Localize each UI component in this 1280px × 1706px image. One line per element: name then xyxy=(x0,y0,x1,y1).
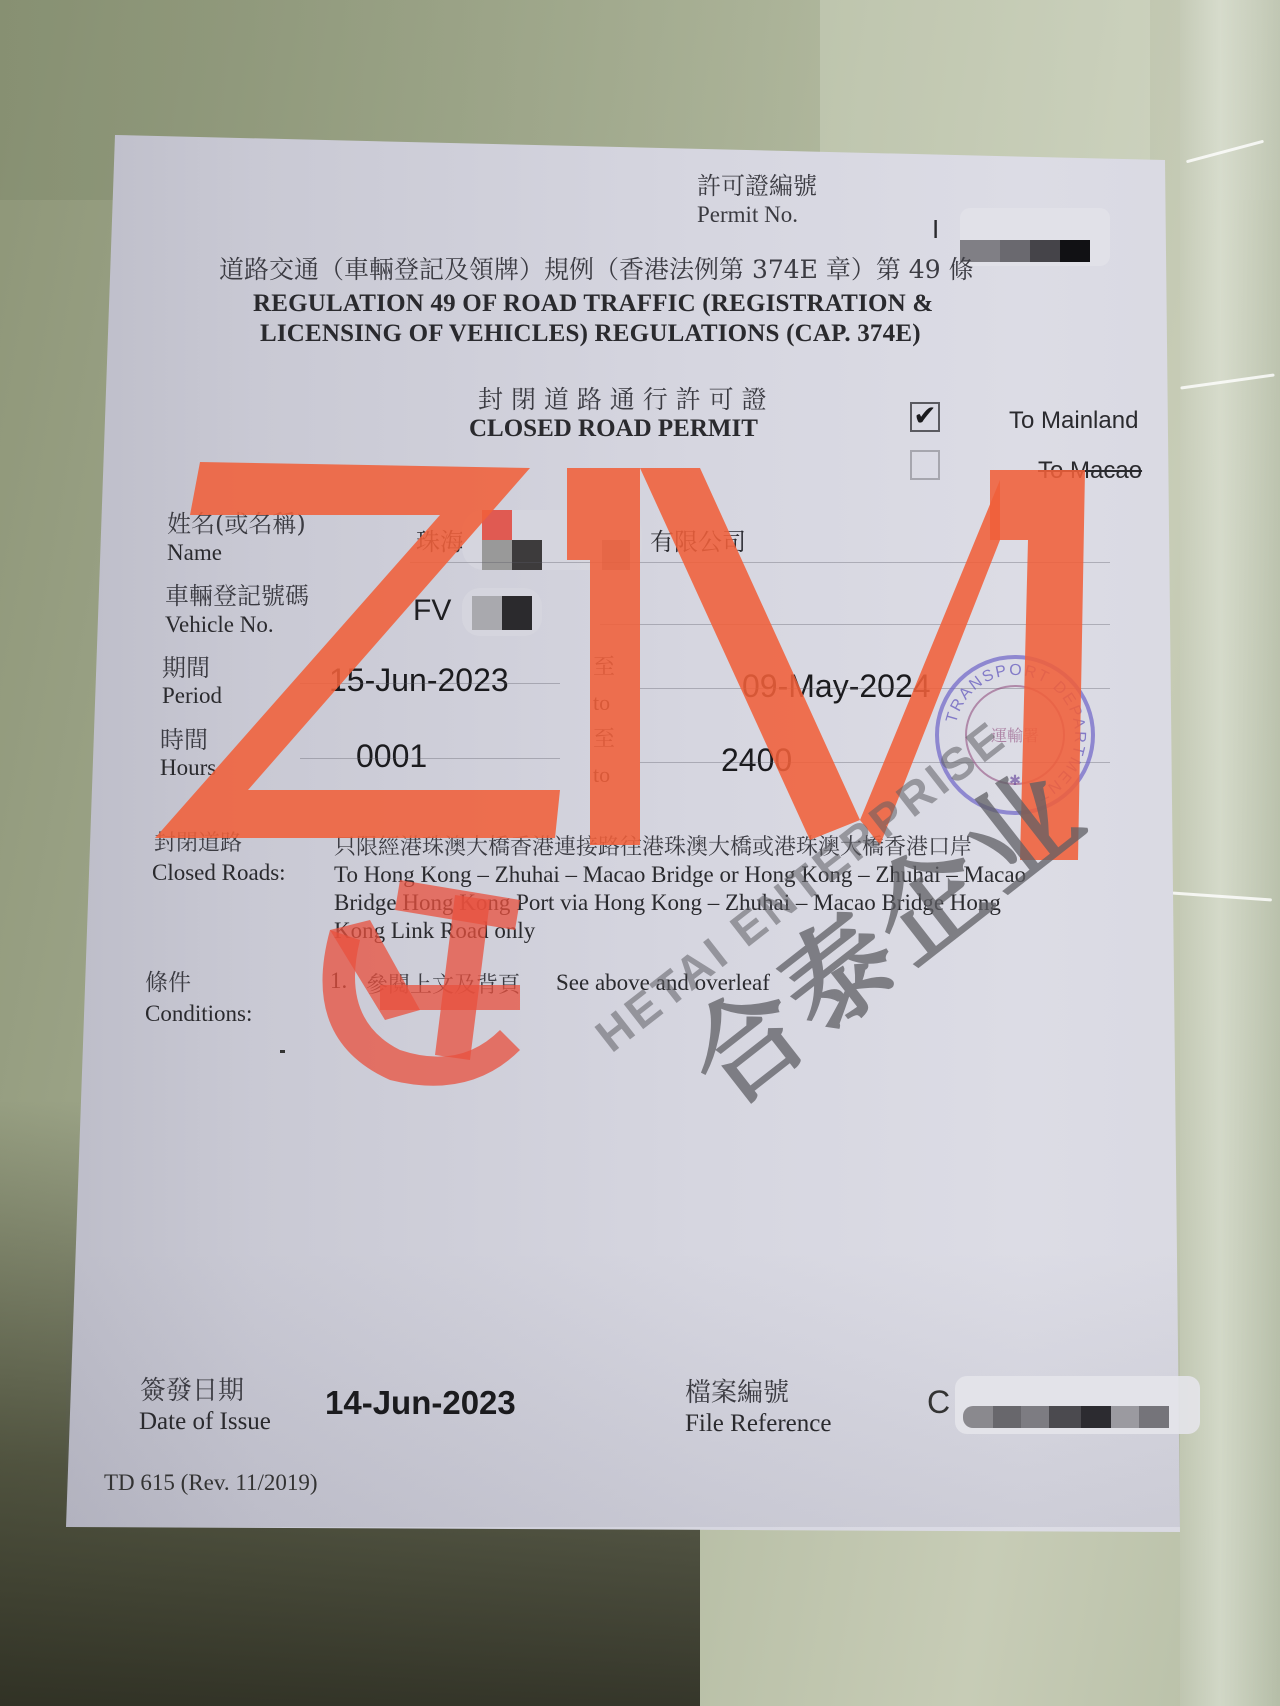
form-code: TD 615 (Rev. 11/2019) xyxy=(104,1470,318,1496)
name-redaction xyxy=(462,510,642,570)
destination-label-mainland: To Mainland xyxy=(1009,407,1138,435)
file-reference-label-zh: 檔案編號 xyxy=(685,1372,789,1409)
permit-no-value: I xyxy=(932,214,939,245)
period-from-value: 15-Jun-2023 xyxy=(329,662,509,699)
conditions-label-en: Conditions: xyxy=(145,1001,252,1027)
checkbox-to-mainland: ✔ xyxy=(910,402,940,432)
hours-to-label-en: to xyxy=(593,762,610,788)
hours-to-label-zh: 至 xyxy=(593,722,615,753)
vehicle-value-prefix: FV xyxy=(413,594,451,628)
adhesive-tape xyxy=(820,0,1150,170)
closed-roads-value-en-line3: Kong Link Road only xyxy=(334,918,535,944)
permit-no-label-en: Permit No. xyxy=(697,202,798,228)
regulation-heading-en-line1: REGULATION 49 OF ROAD TRAFFIC (REGISTRAT… xyxy=(253,290,933,318)
stray-mark xyxy=(280,1050,285,1053)
condition-text-zh: 參閱上文及背頁 xyxy=(366,968,520,999)
permit-no-label-zh: 許可證編號 xyxy=(697,166,817,201)
file-reference-redaction xyxy=(955,1376,1200,1434)
hours-from-value: 0001 xyxy=(356,738,427,775)
closed-roads-label-en: Closed Roads: xyxy=(152,860,286,886)
issue-date-value: 14-Jun-2023 xyxy=(325,1384,516,1422)
name-underline xyxy=(410,562,1110,563)
name-label-en: Name xyxy=(167,540,222,566)
permit-no-redaction xyxy=(960,208,1110,266)
hours-label-zh: 時間 xyxy=(160,720,208,755)
checkbox-to-macao xyxy=(910,450,940,480)
permit-title-zh: 封 閉 道 路 通 行 許 可 證 xyxy=(478,380,767,416)
hours-from-underline xyxy=(300,758,560,759)
regulation-heading-zh: 道路交通（車輛登記及領牌）規例（香港法例第 374E 章）第 49 條 xyxy=(219,250,974,286)
name-label-zh: 姓名(或名稱) xyxy=(167,504,306,539)
conditions-label-zh: 條件 xyxy=(145,964,191,997)
regulation-heading-en-line2: LICENSING OF VEHICLES) REGULATIONS (CAP.… xyxy=(260,320,921,348)
period-label-en: Period xyxy=(162,683,222,709)
condition-number: 1. xyxy=(330,968,347,994)
vehicle-redaction xyxy=(462,588,542,636)
period-to-label-en: to xyxy=(593,690,610,716)
plastic-sleeve xyxy=(1180,0,1280,1706)
vehicle-label-en: Vehicle No. xyxy=(165,612,274,638)
period-label-zh: 期間 xyxy=(162,648,210,683)
period-to-label-zh: 至 xyxy=(593,650,615,681)
vehicle-label-zh: 車輛登記號碼 xyxy=(165,576,309,611)
period-to-value: 09-May-2024 xyxy=(742,668,931,705)
name-value-prefix: 珠海 xyxy=(416,522,464,557)
destination-label-macao: To Macao xyxy=(1038,457,1142,485)
issue-date-label-zh: 簽發日期 xyxy=(140,1370,244,1407)
issue-date-label-en: Date of Issue xyxy=(139,1408,271,1436)
name-value-suffix: 有限公司 xyxy=(650,522,746,557)
closed-roads-label-zh: 封閉道路 xyxy=(154,826,242,857)
file-reference-value: C xyxy=(927,1384,950,1421)
hours-label-en: Hours xyxy=(160,755,216,781)
period-from-underline xyxy=(300,683,560,684)
file-reference-label-en: File Reference xyxy=(685,1410,831,1438)
vehicle-underline xyxy=(600,624,1110,625)
hours-to-value: 2400 xyxy=(721,742,792,779)
permit-title-en: CLOSED ROAD PERMIT xyxy=(469,415,758,443)
